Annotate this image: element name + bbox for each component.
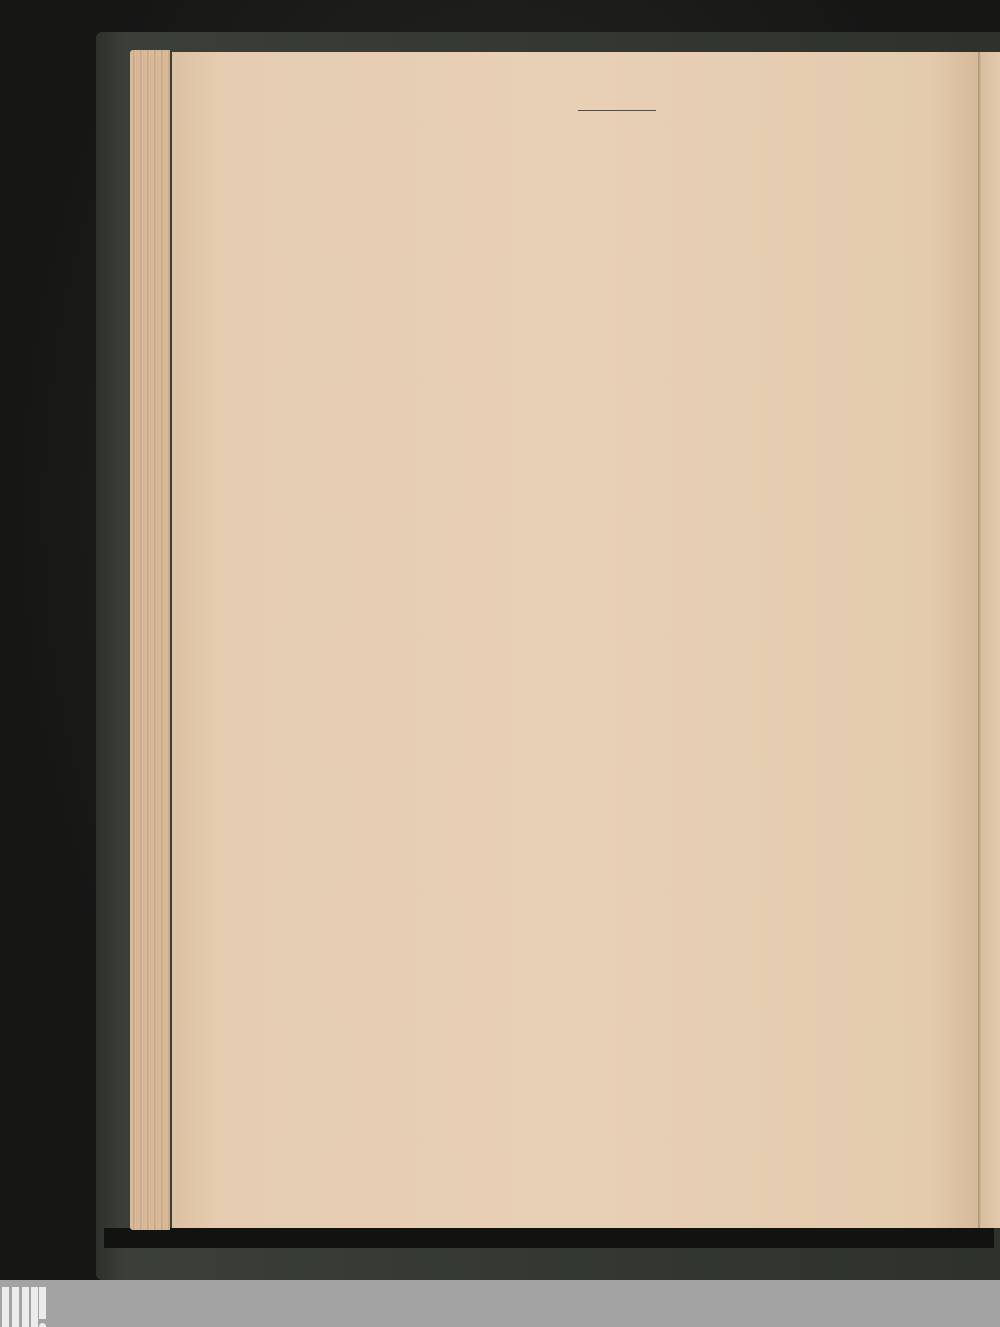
page-number: [578, 108, 656, 111]
book-cover-bottom-edge: [104, 1228, 994, 1248]
page-stack-edge: [130, 50, 170, 1230]
book-page: [172, 52, 978, 1228]
footer-bar: [0, 1280, 1000, 1327]
next-page-edge: [978, 52, 1000, 1228]
